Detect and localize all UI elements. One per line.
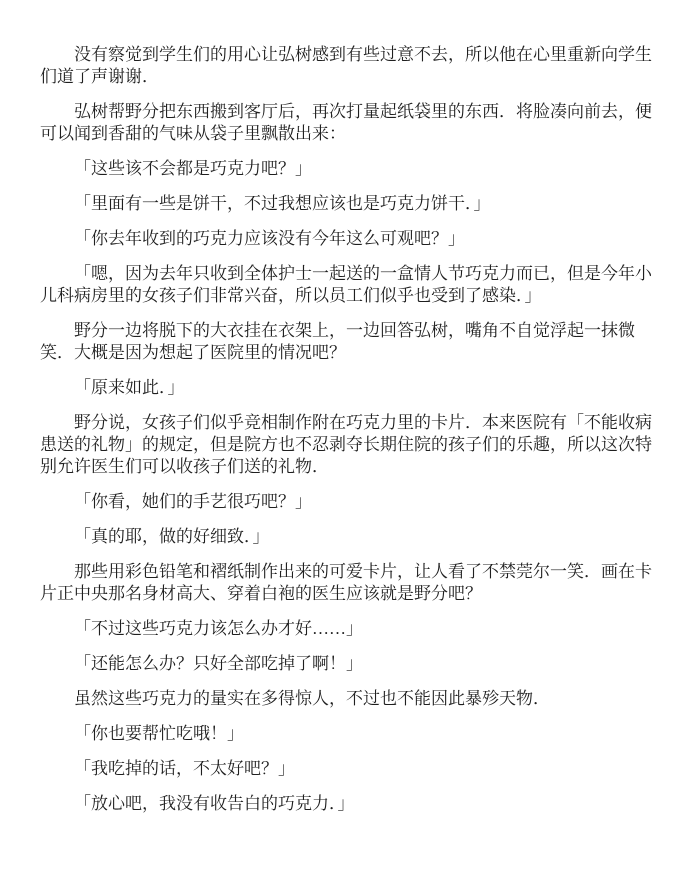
text-block: 没有察觉到学生们的用心让弘树感到有些过意不去，所以他在心里重新向学生们道了声谢谢…: [40, 44, 652, 815]
paragraph-dialogue: 「真的耶，做的好细致．」: [40, 526, 652, 548]
paragraph-narration: 野分一边将脱下的大衣挂在衣架上，一边回答弘树，嘴角不自觉浮起一抹微笑．大概是因为…: [40, 320, 652, 364]
paragraph-narration: 没有察觉到学生们的用心让弘树感到有些过意不去，所以他在心里重新向学生们道了声谢谢…: [40, 44, 652, 88]
paragraph-dialogue: 「你看，她们的手艺很巧吧？」: [40, 491, 652, 513]
paragraph-dialogue: 「我吃掉的话，不太好吧？」: [40, 758, 652, 780]
paragraph-dialogue: 「放心吧，我没有收告白的巧克力．」: [40, 793, 652, 815]
paragraph-narration: 弘树帮野分把东西搬到客厅后，再次打量起纸袋里的东西．将脸凑向前去，便可以闻到香甜…: [40, 101, 652, 145]
novel-page: 没有察觉到学生们的用心让弘树感到有些过意不去，所以他在心里重新向学生们道了声谢谢…: [0, 0, 680, 880]
paragraph-narration: 野分说，女孩子们似乎竞相制作附在巧克力里的卡片．本来医院有「不能收病患送的礼物」…: [40, 412, 652, 478]
paragraph-dialogue: 「里面有一些是饼干，不过我想应该也是巧克力饼干．」: [40, 193, 652, 215]
paragraph-dialogue: 「原来如此．」: [40, 377, 652, 399]
paragraph-narration: 那些用彩色铅笔和褶纸制作出来的可爱卡片，让人看了不禁莞尔一笑．画在卡片正中央那名…: [40, 561, 652, 605]
paragraph-dialogue: 「不过这些巧克力该怎么办才好……」: [40, 618, 652, 640]
paragraph-dialogue: 「这些该不会都是巧克力吧？」: [40, 158, 652, 180]
paragraph-dialogue: 「你也要帮忙吃哦！」: [40, 723, 652, 745]
paragraph-dialogue: 「嗯，因为去年只收到全体护士一起送的一盒情人节巧克力而已，但是今年小儿科病房里的…: [40, 263, 652, 307]
paragraph-dialogue: 「你去年收到的巧克力应该没有今年这么可观吧？」: [40, 228, 652, 250]
paragraph-dialogue: 「还能怎么办？只好全部吃掉了啊！」: [40, 653, 652, 675]
paragraph-narration: 虽然这些巧克力的量实在多得惊人，不过也不能因此暴殄天物．: [40, 688, 652, 710]
